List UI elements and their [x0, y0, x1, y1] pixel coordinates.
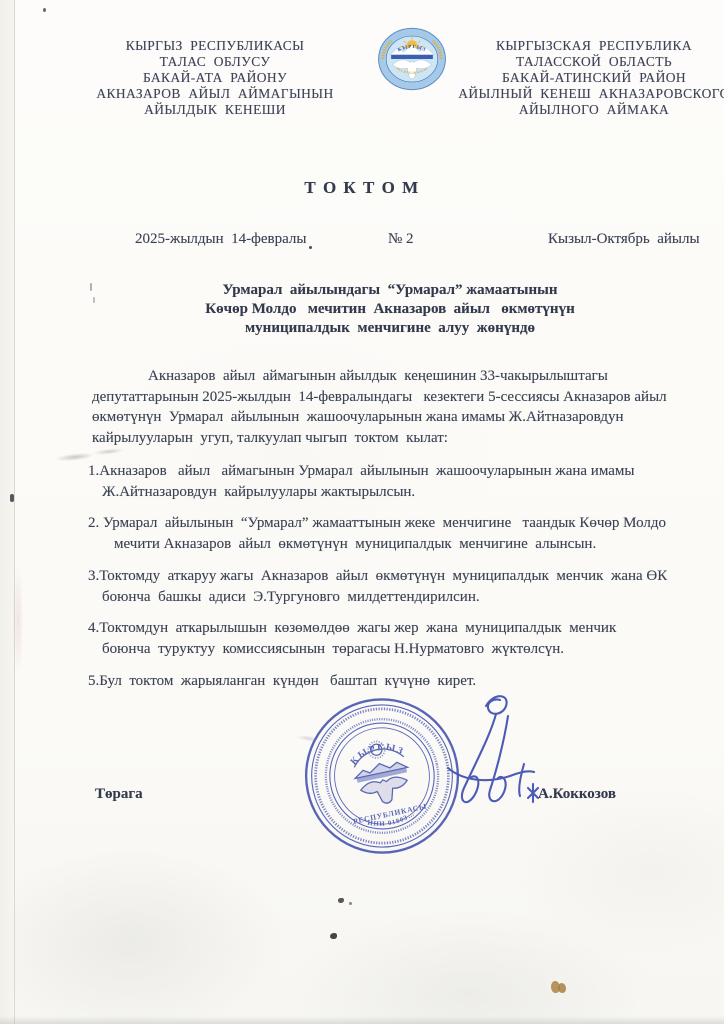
letterhead-line: БАКАЙ-АТА РАЙОНУ [85, 70, 345, 86]
signatory-name: А.Коккозов [538, 786, 616, 803]
letterhead-line: ТАЛАС ОБЛУСУ [85, 54, 345, 70]
document-page: КЫРГЫЗ РЕСПУБЛИКАСЫ ТАЛАС ОБЛУСУ БАКАЙ-А… [0, 0, 724, 1024]
letterhead-line: ТАЛАССКОЙ ОБЛАСТЬ [444, 54, 724, 70]
resolution-item-2: 2. Урмарал айылынын “Урмарал” жамааттыны… [88, 513, 724, 554]
scan-crease [12, 540, 24, 700]
signatory-role: Төрага [95, 786, 143, 803]
preamble-line: өкмөтүнүн Урмарал айылынын жашоочуларыны… [92, 407, 722, 428]
item-line: 3.Токтомду аткаруу жагы Акназаров айыл ө… [88, 566, 724, 587]
letterhead-line: АЙЫЛНОГО АЙМАКА [444, 102, 724, 118]
preamble-paragraph: Акназаров айыл аймагынын айылдык кеңешин… [92, 366, 722, 448]
document-place: Кызыл-Октябрь айылы [548, 231, 700, 248]
letterhead-line: АЙЫЛНЫЙ КЕНЕШ АКНАЗАРОВСКОГО [444, 86, 724, 102]
scan-artifact [43, 8, 46, 12]
item-line: Ж.Айтназаровдун кайрылуулары жактырылсын… [88, 482, 724, 503]
subject-line: Көчөр Молдо мечитин Акназаров айыл өкмөт… [140, 300, 640, 319]
resolution-item-4: 4.Токтомдун аткарылышын көзөмөлдөө жагы … [88, 618, 724, 659]
item-line: боюнча башкы адиси Э.Тургуновго милдетте… [88, 587, 724, 608]
letterhead-kyrgyz: КЫРГЫЗ РЕСПУБЛИКАСЫ ТАЛАС ОБЛУСУ БАКАЙ-А… [85, 38, 345, 118]
subject-line: Урмарал айылындагы “Урмарал” жамаатынын [140, 281, 640, 300]
item-line: боюнча туруктуу комиссиясынын төрагасы Н… [88, 639, 724, 660]
scan-left-edge [0, 0, 15, 1024]
handwritten-signature [428, 684, 543, 819]
scan-artifact [10, 494, 14, 502]
kyrgyzstan-coat-of-arms-icon: КЫРГЫЗ РЕСПУБЛИКАСЫ [377, 27, 447, 91]
preamble-line: кайрылууларын угуп, талкуулап чыгып токт… [92, 428, 722, 449]
letterhead-russian: КЫРГЫЗСКАЯ РЕСПУБЛИКА ТАЛАССКОЙ ОБЛАСТЬ … [444, 38, 724, 118]
scan-artifact [90, 283, 92, 291]
item-line: мечити Акназаров айыл өкмөтүнүн муниципа… [88, 534, 724, 555]
letterhead-line: КЫРГЫЗ РЕСПУБЛИКАСЫ [85, 38, 345, 54]
item-line: 4.Токтомдун аткарылышын көзөмөлдөө жагы … [88, 618, 724, 639]
letterhead-line: БАКАЙ-АТИНСКИЙ РАЙОН [444, 70, 724, 86]
letterhead-line: АКНАЗАРОВ АЙЫЛ АЙМАГЫНЫН [85, 86, 345, 102]
item-line: 1.Акназаров айыл аймагынын Урмарал айылы… [88, 461, 724, 482]
scan-artifact [349, 902, 352, 905]
scan-stain [551, 981, 567, 995]
item-line: 2. Урмарал айылынын “Урмарал” жамааттыны… [88, 513, 724, 534]
scan-artifact [330, 933, 337, 939]
preamble-line: Акназаров айыл аймагынын айылдык кеңешин… [92, 366, 722, 387]
document-number: № 2 [388, 231, 414, 248]
preamble-line: депутаттарынын 2025-жылдын 14-февралында… [92, 387, 722, 408]
letterhead-line: КЫРГЫЗСКАЯ РЕСПУБЛИКА [444, 38, 724, 54]
scan-artifact [338, 898, 344, 903]
scan-artifact [93, 297, 95, 303]
scan-bottom-edge [0, 1016, 724, 1024]
document-date: 2025-жылдын 14-февралы [135, 231, 306, 248]
resolution-item-1: 1.Акназаров айыл аймагынын Урмарал айылы… [88, 461, 724, 502]
document-title: Т О К Т О М [0, 178, 724, 198]
subject-line: муниципалдык менчигине алуу жөнүндө [140, 319, 640, 338]
resolution-item-3: 3.Токтомду аткаруу жагы Акназаров айыл ө… [88, 566, 724, 607]
subject-heading: Урмарал айылындагы “Урмарал” жамаатынын … [140, 281, 640, 338]
letterhead-line: АЙЫЛДЫК КЕНЕШИ [85, 102, 345, 118]
scan-artifact [309, 246, 312, 249]
